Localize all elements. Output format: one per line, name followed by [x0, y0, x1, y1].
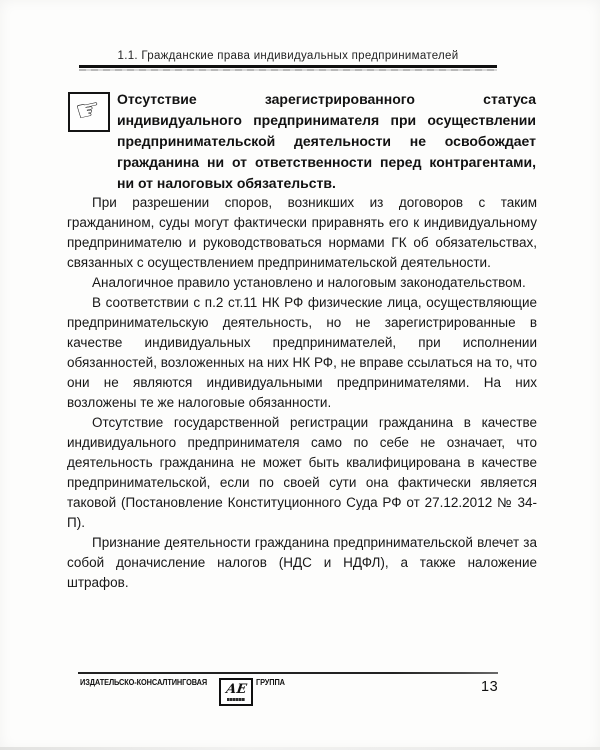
header-rule-shadow — [79, 69, 497, 71]
page-number: 13 — [481, 679, 498, 695]
header-rule — [79, 65, 497, 68]
publisher-logo: АЕ — [219, 678, 253, 706]
paragraph-4: Отсутствие государственной регистрации г… — [67, 413, 537, 533]
body-text: При разрешении споров, возникших из дого… — [67, 193, 537, 593]
pointing-hand-icon: ☞ — [68, 92, 110, 132]
running-header-title: 1.1. Гражданские права индивидуальных пр… — [79, 50, 497, 62]
publisher-brand-left-label: ИЗДАТЕЛЬСКО-КОНСАЛТИНГОВАЯ — [80, 676, 207, 687]
pointing-hand-glyph: ☞ — [73, 94, 103, 127]
paragraph-5: Признание деятельности гражданина предпр… — [67, 533, 537, 593]
footer-rule — [78, 672, 498, 674]
running-header: 1.1. Гражданские права индивидуальных пр… — [79, 50, 497, 71]
publisher-logo-letters: АЕ — [225, 683, 247, 696]
paragraph-3: В соответствии с п.2 ст.11 НК РФ физичес… — [67, 293, 537, 413]
publisher-brand-right-label: ГРУППА — [256, 676, 285, 687]
paragraph-1: При разрешении споров, возникших из дого… — [67, 193, 537, 273]
publisher-logo-caption — [227, 698, 245, 701]
scanned-book-page: 1.1. Гражданские права индивидуальных пр… — [0, 0, 600, 750]
publisher-brand: ИЗДАТЕЛЬСКО-КОНСАЛТИНГОВАЯ АЕ ГРУППА — [80, 676, 288, 704]
key-point-text: Отсутствие зарегистрированного статуса и… — [117, 89, 536, 194]
key-point-callout: ☞ Отсутствие зарегистрированного статуса… — [68, 89, 536, 194]
paragraph-2: Аналогичное правило установлено и налого… — [67, 273, 537, 293]
